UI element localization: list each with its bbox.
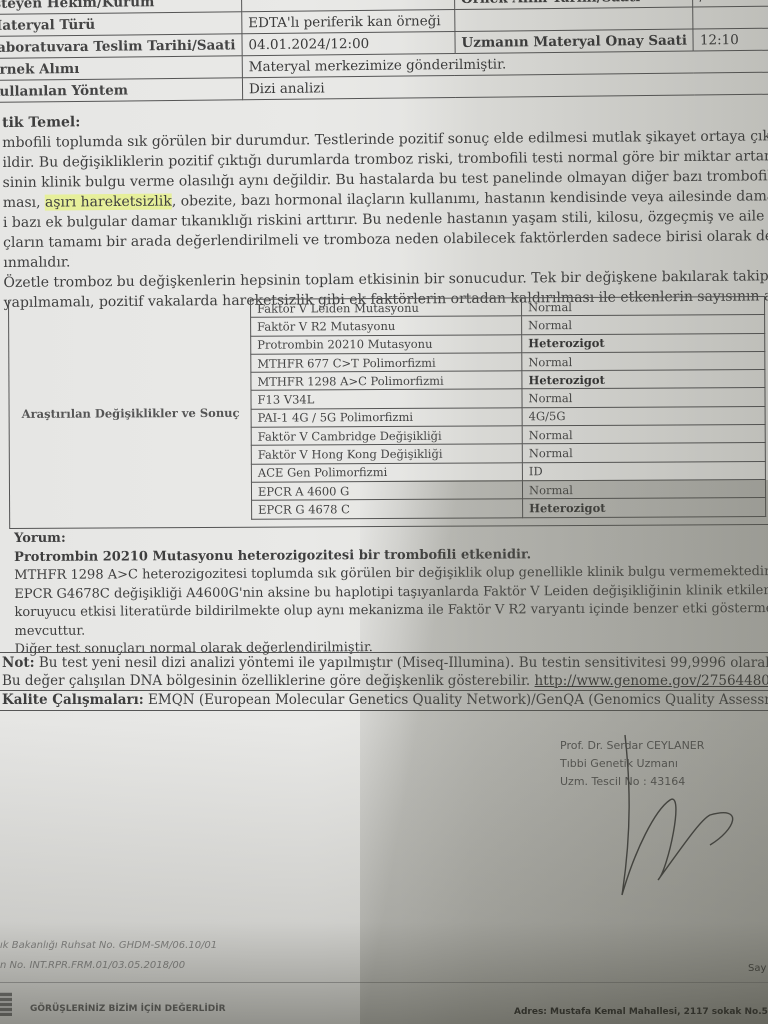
delivery-date-label: Laboratuvara Teslim Tarihi/Saati (0, 34, 242, 59)
divider (0, 690, 768, 691)
feedback-text: GÖRÜŞLERİNİZ BİZİM İÇİN DEĞERLİDİR (30, 1004, 226, 1014)
variant-name: PAI-1 4G / 5G Polimorfizmi (251, 408, 522, 428)
variant-name: Faktör V Cambridge Değişikliği (251, 426, 522, 446)
variant-result: Normal (522, 425, 765, 445)
variant-result: Heterozigot (522, 370, 765, 390)
variant-name: Protrombin 20210 Mutasyonu (251, 334, 522, 354)
material-type-value: EDTA'lı periferik kan örneği (242, 10, 455, 34)
comment-line: koruyucu etkisi literatürde bildirilmekt… (14, 600, 768, 623)
variant-name: EPCR A 4600 G (251, 481, 522, 501)
sample-collection-label: Örnek Alımı (0, 56, 242, 81)
empty-cell (455, 7, 694, 31)
variant-result: Normal (522, 443, 765, 463)
table-row: EPCR G 4678 CHeterozigot (252, 498, 766, 519)
method-label: Kullanılan Yöntem (0, 78, 243, 103)
variant-result: ID (522, 461, 765, 481)
quality-line: Kalite Çalışmaları: EMQN (European Molec… (2, 692, 768, 708)
variant-name: F13 V34L (251, 389, 522, 409)
approval-time-value: 12:10 (693, 28, 768, 51)
approval-time-label: Uzmanın Materyal Onay Saati (455, 29, 694, 53)
highlighted-text: aşırı hareketsizlik (45, 194, 172, 211)
method-value: Dizi analizi (242, 72, 768, 100)
variant-result: 4G/5G (522, 406, 765, 426)
note-line: Bu değer çalışılan DNA bölgesinin özelli… (2, 673, 768, 689)
qr-code-icon (0, 992, 12, 1016)
variant-name: Faktör V Hong Kong Değişikliği (251, 444, 522, 464)
background-section: tik Temel: mbofili toplumda sık görülen … (2, 106, 768, 313)
variant-name: Faktör V Leiden Mutasyonu (250, 298, 521, 318)
variant-name: MTHFR 677 C>T Polimorfizmi (251, 353, 522, 373)
sample-info-table: İsteyen Hekim/Kurum Örnek Alım Tarihi/Sa… (0, 0, 768, 103)
genome-link[interactable]: http://www.genome.gov/27564480 (535, 673, 768, 689)
variant-result: Normal (522, 351, 765, 371)
divider (0, 652, 768, 653)
variant-name: MTHFR 1298 A>C Polimorfizmi (251, 371, 522, 391)
variant-result: Normal (522, 315, 765, 335)
variant-result: Heterozigot (522, 333, 765, 353)
license-number: ık Bakanlığı Ruhsat No. GHDM-SM/06.10/01 (0, 940, 217, 951)
delivery-date-value: 04.01.2024/12:00 (242, 32, 455, 56)
variant-result: Heterozigot (523, 498, 766, 518)
variant-result: Normal (522, 388, 765, 408)
empty-cell (693, 6, 768, 29)
form-number: n No. INT.RPR.FRM.01/03.05.2018/00 (0, 960, 185, 971)
variant-result: Normal (521, 297, 764, 317)
address-text: Adres: Mustafa Kemal Mahallesi, 2117 sok… (514, 1007, 768, 1017)
variant-name: ACE Gen Polimorfizmi (251, 462, 522, 482)
variant-name: EPCR G 4678 C (252, 499, 523, 519)
results-label-cell: Araştırılan Değişiklikler ve Sonuç (8, 299, 252, 528)
variant-result: Normal (522, 480, 765, 500)
divider (0, 982, 768, 983)
comment-section: Yorum: Protrombin 20210 Mutasyonu hetero… (14, 526, 768, 660)
results-label: Araştırılan Değişiklikler ve Sonuç (22, 406, 240, 421)
handwritten-signature-icon (560, 720, 760, 900)
material-type-label: Materyal Türü (0, 12, 242, 37)
note-line: Not: Bu test yeni nesil dizi analizi yön… (2, 655, 768, 671)
results-table: Faktör V Leiden MutasyonuNormalFaktör V … (250, 296, 766, 519)
divider (0, 710, 768, 711)
variant-name: Faktör V R2 Mutasyonu (251, 316, 522, 336)
page-label: Say (748, 963, 766, 974)
